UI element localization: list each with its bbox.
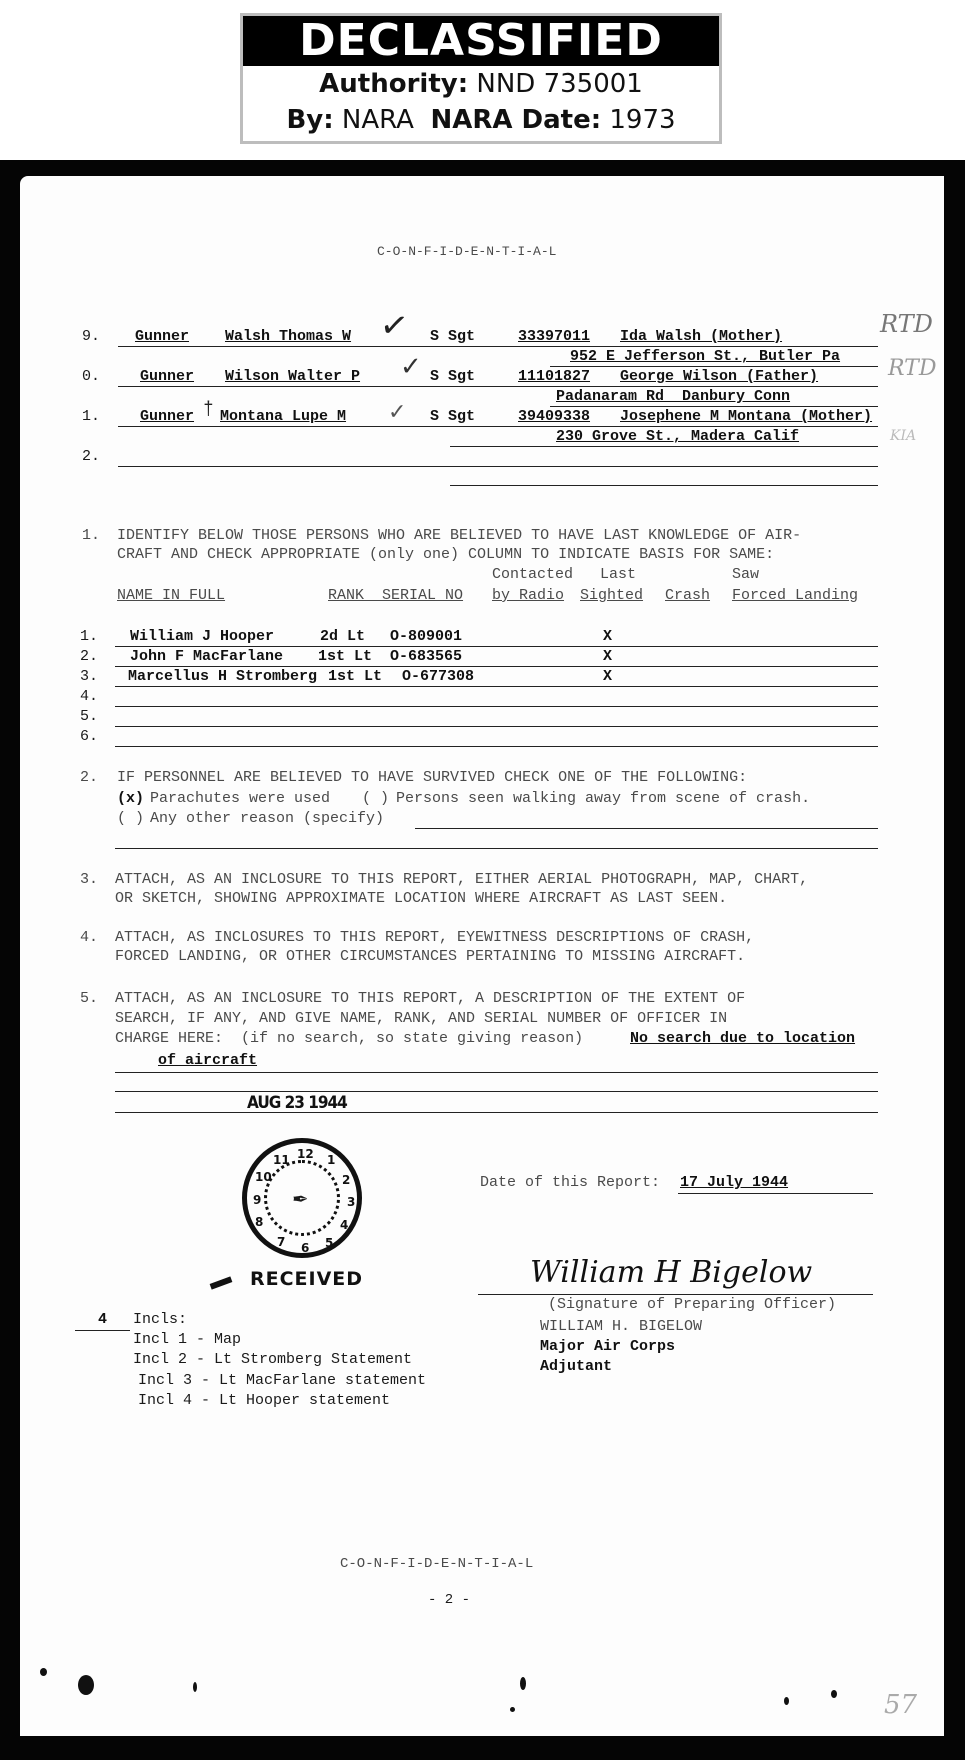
clock-number: 5 (325, 1236, 333, 1250)
crew-address: 952 E Jefferson St., Butler Pa (570, 348, 840, 365)
section-text: CHARGE HERE: (if no search, so state giv… (115, 1030, 583, 1047)
row-num: 4. (80, 688, 98, 705)
margin-note: RTD (888, 356, 937, 381)
sighted-mark: X (603, 628, 612, 645)
clock-number: 9 (253, 1193, 261, 1207)
crew-row-num: 1. (82, 408, 100, 425)
section-text: FORCED LANDING, OR OTHER CIRCUMSTANCES P… (115, 948, 745, 965)
signature-caption: (Signature of Preparing Officer) (548, 1296, 836, 1313)
inclosure-item: Incl 1 - Map (133, 1331, 241, 1348)
report-date-value: 17 July 1944 (680, 1174, 788, 1191)
clock-number: 3 (347, 1195, 355, 1209)
clock-number: 10 (255, 1170, 272, 1184)
crew-rank: S Sgt (430, 328, 475, 345)
officer-rank: Major Air Corps (540, 1338, 675, 1355)
col-rank-serial: RANK SERIAL NO (328, 587, 463, 604)
inclosures-label: Incls: (133, 1311, 187, 1328)
clock-number: 1 (327, 1153, 335, 1167)
inclosure-item: Incl 4 - Lt Hooper statement (138, 1392, 390, 1409)
option-label: Persons seen walking away from scene of … (396, 790, 810, 807)
scan-speck (831, 1690, 837, 1698)
crew-row-num: 2. (82, 448, 100, 465)
section-number: 4. (80, 929, 98, 946)
crew-address: 230 Grove St., Madera Calif (556, 428, 799, 445)
section-text: CRAFT AND CHECK APPROPRIATE (only one) C… (117, 546, 774, 563)
search-answer: No search due to location (630, 1030, 855, 1047)
crew-position: Gunner (135, 328, 189, 345)
row-num: 5. (80, 708, 98, 725)
clock-number: 12 (297, 1147, 314, 1161)
crew-next-of-kin: Josephene M Montana (Mother) (620, 408, 872, 425)
crew-name: Walsh Thomas W (225, 328, 351, 345)
officer-signature: William H Bigelow (530, 1255, 812, 1290)
section-number: 3. (80, 871, 98, 888)
scan-speck (193, 1682, 197, 1692)
person-serial: O-683565 (390, 648, 462, 665)
section-number: 1. (82, 527, 100, 544)
declassified-title: DECLASSIFIED (243, 16, 719, 66)
walking-checkbox: ( ) (362, 790, 389, 807)
sighted-mark: X (603, 648, 612, 665)
section-number: 2. (80, 769, 98, 786)
crew-name: Wilson Walter P (225, 368, 360, 385)
received-clock-stamp: 12 1 2 3 4 5 6 7 8 9 10 11 ✒ (242, 1138, 362, 1258)
pen-nib-icon: ✒ (293, 1183, 307, 1213)
person-serial: O-809001 (390, 628, 462, 645)
clock-number: 7 (277, 1235, 285, 1249)
inclosure-item: Incl 2 - Lt Stromberg Statement (133, 1351, 412, 1368)
report-date-label: Date of this Report: (480, 1174, 660, 1191)
inclosure-item: Incl 3 - Lt MacFarlane statement (138, 1372, 426, 1389)
row-num: 3. (80, 668, 98, 685)
col-sighted: Sighted (580, 587, 643, 604)
crew-next-of-kin: George Wilson (Father) (620, 368, 818, 385)
person-rank: 1st Lt (328, 668, 382, 685)
crew-rank: S Sgt (430, 408, 475, 425)
inclosure-count: 4 (98, 1311, 107, 1328)
scan-speck (40, 1668, 47, 1676)
crew-serial: 39409338 (518, 408, 590, 425)
section-text: SEARCH, IF ANY, AND GIVE NAME, RANK, AND… (115, 1010, 727, 1027)
checkmark-icon: ✓ (400, 352, 422, 382)
crew-name: Montana Lupe M (220, 408, 346, 425)
crew-next-of-kin: Ida Walsh (Mother) (620, 328, 782, 345)
date-received-stamp: AUG 23 1944 (247, 1093, 347, 1113)
person-name: Marcellus H Stromberg (128, 668, 317, 685)
person-serial: O-677308 (402, 668, 474, 685)
declassified-stamp: DECLASSIFIED Authority: NND 735001 By: N… (240, 13, 722, 144)
clock-number: 4 (340, 1218, 348, 1232)
section-text: IF PERSONNEL ARE BELIEVED TO HAVE SURVIV… (117, 769, 747, 786)
other-reason-checkbox: ( ) (117, 810, 144, 827)
nara-line: By: NARA NARA Date: 1973 (243, 102, 719, 138)
scan-speck (78, 1675, 94, 1695)
col-forced: Forced Landing (732, 587, 858, 604)
section-number: 5. (80, 990, 98, 1007)
crew-serial: 11101827 (518, 368, 590, 385)
row-num: 2. (80, 648, 98, 665)
checkmark-icon: ✓ (377, 304, 411, 348)
section-text: ATTACH, AS INCLOSURES TO THIS REPORT, EY… (115, 929, 754, 946)
header-classification: C-O-N-F-I-D-E-N-T-I-A-L (377, 244, 556, 259)
cross-icon: † (203, 400, 214, 420)
col-sighted-top: Last (600, 566, 636, 583)
margin-note: RTD (880, 310, 933, 338)
crew-row-num: 0. (82, 368, 100, 385)
archive-number: 57 (884, 1690, 917, 1720)
footer-classification: C-O-N-F-I-D-E-N-T-I-A-L (340, 1556, 533, 1572)
page-number: - 2 - (428, 1592, 470, 1608)
col-crash: Crash (665, 587, 710, 604)
person-rank: 2d Lt (320, 628, 365, 645)
crew-position: Gunner (140, 368, 194, 385)
section-text: OR SKETCH, SHOWING APPROXIMATE LOCATION … (115, 890, 727, 907)
option-label: Any other reason (specify) (150, 810, 384, 827)
checkmark-icon: ✓ (388, 400, 406, 425)
section-text: IDENTIFY BELOW THOSE PERSONS WHO ARE BEL… (117, 527, 801, 544)
person-rank: 1st Lt (318, 648, 372, 665)
crew-row-num: 9. (82, 328, 100, 345)
section-text: ATTACH, AS AN INCLOSURE TO THIS REPORT, … (115, 871, 808, 888)
sighted-mark: X (603, 668, 612, 685)
parachutes-checkbox: (x) (117, 790, 144, 807)
scan-speck (784, 1697, 789, 1705)
crew-address: Padanaram Rd Danbury Conn (556, 388, 790, 405)
clock-number: 6 (301, 1241, 309, 1255)
crew-rank: S Sgt (430, 368, 475, 385)
clock-number: 8 (255, 1215, 263, 1229)
clock-number: 11 (273, 1153, 290, 1167)
col-forced-top: Saw (732, 566, 759, 583)
authority-line: Authority: NND 735001 (243, 66, 719, 102)
clock-number: 2 (342, 1173, 350, 1187)
section-text: ATTACH, AS AN INCLOSURE TO THIS REPORT, … (115, 990, 745, 1007)
crew-serial: 33397011 (518, 328, 590, 345)
row-num: 6. (80, 728, 98, 745)
crew-position: Gunner (140, 408, 194, 425)
option-label: Parachutes were used (150, 790, 330, 807)
margin-note: KIA (890, 428, 916, 444)
person-name: John F MacFarlane (130, 648, 283, 665)
officer-title: Adjutant (540, 1358, 612, 1375)
scan-speck (510, 1707, 515, 1712)
scan-speck (520, 1677, 526, 1690)
col-radio: by Radio (492, 587, 564, 604)
search-answer: of aircraft (158, 1052, 257, 1069)
officer-name: WILLIAM H. BIGELOW (540, 1318, 702, 1335)
person-name: William J Hooper (130, 628, 274, 645)
received-label: RECEIVED (250, 1268, 363, 1290)
col-name: NAME IN FULL (117, 587, 225, 604)
row-num: 1. (80, 628, 98, 645)
col-radio-top: Contacted (492, 566, 573, 583)
